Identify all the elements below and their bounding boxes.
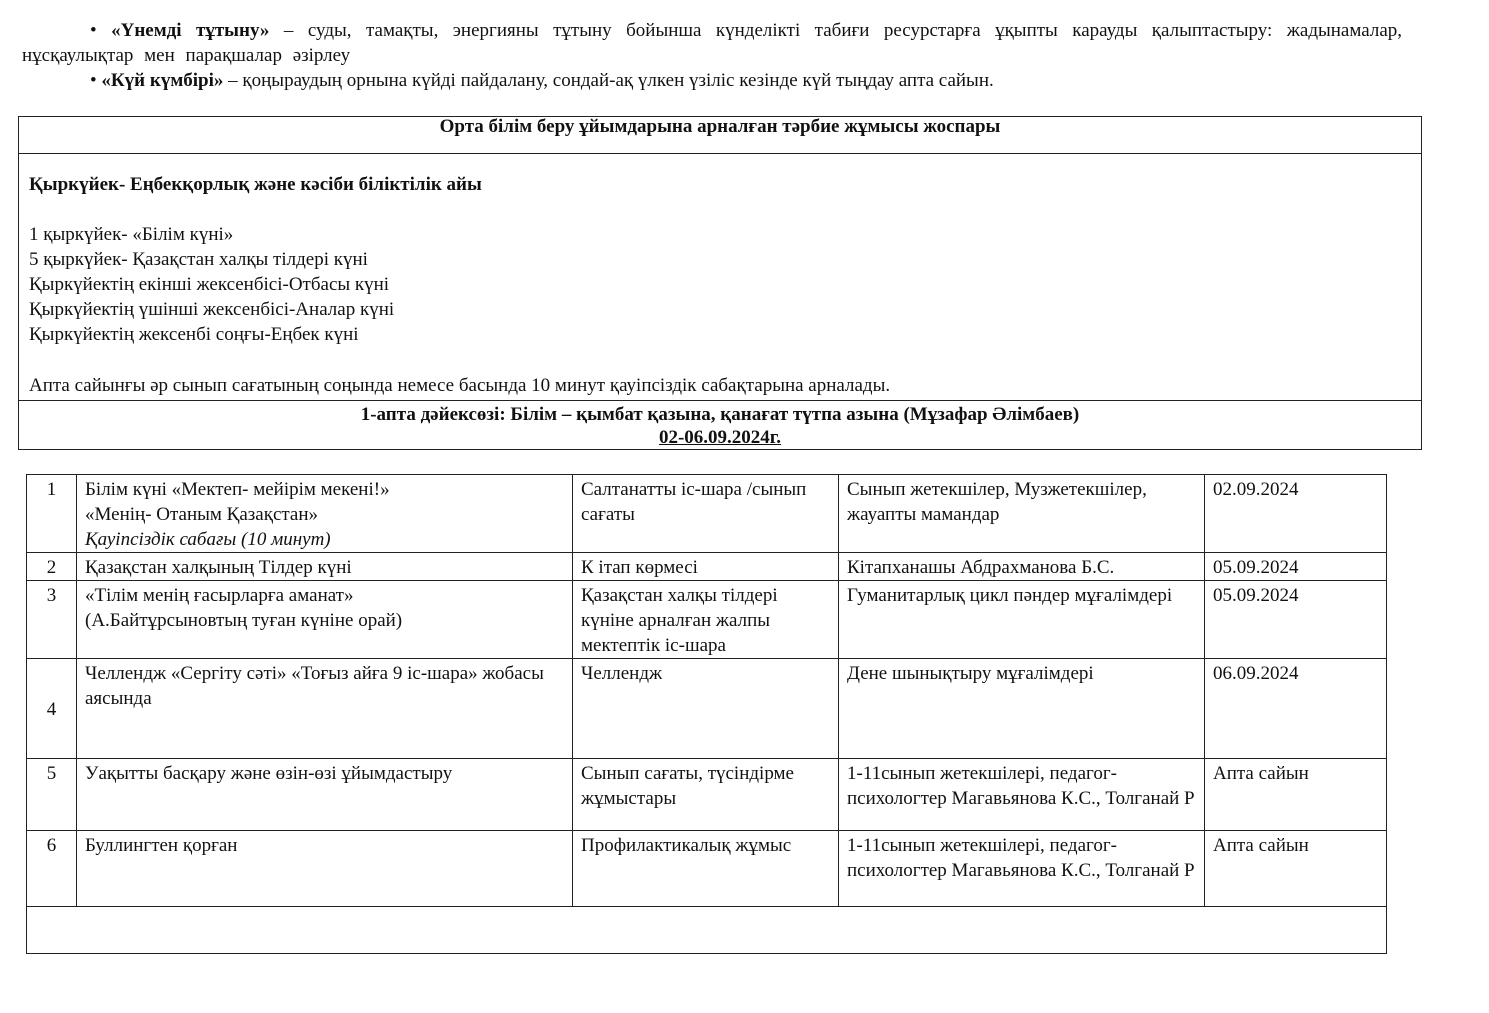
row-number: 3 <box>27 581 77 659</box>
date-item: Қыркүйектің үшінші жексенбісі-Аналар күн… <box>29 297 1411 322</box>
responsible-cell: Сынып жетекшілер, Музжетекшілер, жауапты… <box>839 475 1205 553</box>
plan-body: Қыркүйек- Еңбекқорлық және кәсіби білікт… <box>19 154 1421 400</box>
event-cell: Буллингтен қорған <box>77 831 573 907</box>
empty-row <box>27 907 1387 954</box>
table-row: 5 Уақытты басқару және өзін-өзі ұйымдаст… <box>27 759 1387 831</box>
responsible-cell: 1-11сынып жетекшілері, педагог-психологт… <box>839 831 1205 907</box>
format-cell: Профилактикалық жұмыс <box>573 831 839 907</box>
row-number: 6 <box>27 831 77 907</box>
empty-cell <box>27 907 1387 954</box>
date-item: 5 қыркүйек- Қазақстан халқы тілдері күні <box>29 247 1411 272</box>
event-line: (А.Байтұрсыновтың туған күніне орай) <box>85 608 564 633</box>
format-cell: Қазақстан халқы тілдері күніне арналған … <box>573 581 839 659</box>
format-cell: Сынып сағаты, түсіндірме жұмыстары <box>573 759 839 831</box>
date-cell: 05.09.2024 <box>1205 581 1387 659</box>
important-dates-list: 1 қыркүйек- «Білім күні» 5 қыркүйек- Қаз… <box>29 222 1411 347</box>
plan-title: Орта білім беру ұйымдарына арналған тәрб… <box>19 117 1421 154</box>
row-number: 5 <box>27 759 77 831</box>
plan-box: Орта білім беру ұйымдарына арналған тәрб… <box>18 116 1422 450</box>
format-cell: Челлендж <box>573 659 839 759</box>
bullet-text: – қоңыраудың орнына күйді пайдалану, сон… <box>223 70 993 91</box>
date-item: 1 қыркүйек- «Білім күні» <box>29 222 1411 247</box>
date-item: Қыркүйектің екінші жексенбісі-Отбасы күн… <box>29 272 1411 297</box>
date-cell: 06.09.2024 <box>1205 659 1387 759</box>
date-cell: 02.09.2024 <box>1205 475 1387 553</box>
table-row: 1 Білім күні «Мектеп- мейірім мекені!» «… <box>27 475 1387 553</box>
row-number: 1 <box>27 475 77 553</box>
date-cell: Апта сайын <box>1205 759 1387 831</box>
intro-bullet-2: • «Күй күмбірі» – қоңыраудың орнына күйд… <box>22 68 1402 93</box>
responsible-cell: Дене шынықтыру мұғалімдері <box>839 659 1205 759</box>
table-row: 2 Қазақстан халқының Тілдер күні К ітап … <box>27 553 1387 581</box>
date-cell: Апта сайын <box>1205 831 1387 907</box>
event-cell: Білім күні «Мектеп- мейірім мекені!» «Ме… <box>77 475 573 553</box>
responsible-cell: Гуманитарлық цикл пәндер мұғалімдері <box>839 581 1205 659</box>
event-line: «Менің- Отаным Қазақстан» <box>85 502 564 527</box>
format-cell: Салтанатты іс-шара /сынып сағаты <box>573 475 839 553</box>
table-row: 6 Буллингтен қорған Профилактикалық жұмы… <box>27 831 1387 907</box>
events-table: 1 Білім күні «Мектеп- мейірім мекені!» «… <box>26 474 1387 954</box>
event-cell: «Тілім менің ғасырларға аманат» (А.Байтұ… <box>77 581 573 659</box>
intro-bullet-1: • «Үнемді тұтыну» – суды, тамақты, энерг… <box>22 18 1402 68</box>
event-line: Білім күні «Мектеп- мейірім мекені!» <box>85 477 564 502</box>
week-header: 1-апта дәйексөзі: Білім – қымбат қазына,… <box>19 400 1421 449</box>
responsible-cell: 1-11сынып жетекшілері, педагог-психологт… <box>839 759 1205 831</box>
row-number: 2 <box>27 553 77 581</box>
table-row: 3 «Тілім менің ғасырларға аманат» (А.Бай… <box>27 581 1387 659</box>
bullet-title: «Күй күмбірі» <box>101 70 223 91</box>
table-row: 4 Челлендж «Сергіту сәті» «Тоғыз айға 9 … <box>27 659 1387 759</box>
event-line: «Тілім менің ғасырларға аманат» <box>85 583 564 608</box>
bullet-title: «Үнемді тұтыну» <box>111 20 269 41</box>
bullet-icon: • <box>90 70 97 91</box>
date-item: Қыркүйектің жексенбі соңғы-Еңбек күні <box>29 322 1411 347</box>
event-cell: Челлендж «Сергіту сәті» «Тоғыз айға 9 іс… <box>77 659 573 759</box>
month-heading: Қыркүйек- Еңбекқорлық және кәсіби білікт… <box>29 172 1411 197</box>
format-cell: К ітап көрмесі <box>573 553 839 581</box>
intro-section: • «Үнемді тұтыну» – суды, тамақты, энерг… <box>22 18 1402 93</box>
bullet-icon: • <box>90 20 97 41</box>
event-cell: Қазақстан халқының Тілдер күні <box>77 553 573 581</box>
week-dates: 02-06.09.2024г. <box>659 427 781 448</box>
event-safety-line: Қауіпсіздік сабағы (10 минут) <box>85 527 564 552</box>
date-cell: 05.09.2024 <box>1205 553 1387 581</box>
event-cell: Уақытты басқару және өзін-өзі ұйымдастыр… <box>77 759 573 831</box>
responsible-cell: Кітапханашы Абдрахманова Б.С. <box>839 553 1205 581</box>
week-motto: 1-апта дәйексөзі: Білім – қымбат қазына,… <box>19 403 1421 426</box>
safety-note: Апта сайынғы әр сынып сағатының соңында … <box>29 373 1411 398</box>
row-number: 4 <box>27 659 77 759</box>
